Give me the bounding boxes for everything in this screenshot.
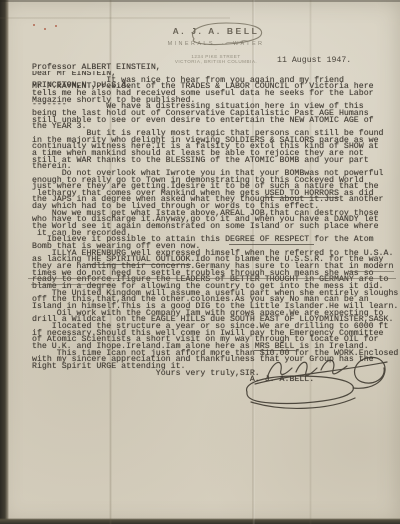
scan-edge-bottom <box>0 518 400 524</box>
pencil-underline-long <box>28 278 396 279</box>
ink-speck <box>44 28 46 30</box>
date-line: 11 August 1947. <box>277 56 351 65</box>
typed-underline-degree-of-respect <box>229 244 314 245</box>
letter-line: still at WAR thanks to the BLESSING of t… <box>32 158 399 165</box>
typed-underline-spiritual-outlook <box>86 264 191 265</box>
scanned-letter: A. J. A. BELL MINERALS·WATER - 1234 PIKE… <box>0 0 400 524</box>
ink-speck <box>33 24 35 26</box>
letter-line: still unable to see or even desire to en… <box>32 118 399 125</box>
pencil-underline-in-modern <box>348 271 394 272</box>
typed-underline-used-to-horrors <box>264 197 339 198</box>
handwritten-signature <box>233 346 400 418</box>
fold-crease-horizontal <box>0 17 230 19</box>
pencil-underline-ready-to-enforce <box>31 284 111 285</box>
recipient-name: Professor ALBERT EINSTEIN, <box>32 65 161 71</box>
ink-speck <box>55 25 57 27</box>
scan-edge-top <box>0 0 400 2</box>
letter-body: Dear Mr EINSTEIN, It was nice to hear fr… <box>32 71 399 391</box>
ink-squiggle <box>224 39 251 46</box>
scan-edge-left <box>0 0 9 524</box>
